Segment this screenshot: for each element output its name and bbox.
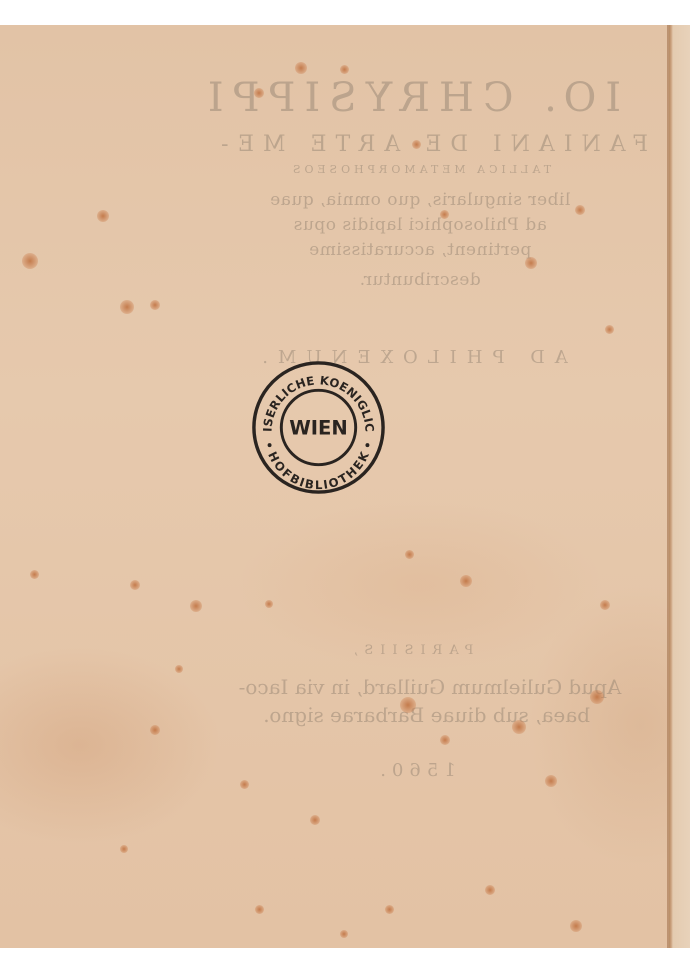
showthrough-imprint-line-1: Apud Gulielmum Guillard, in via Iaco- [210,675,650,699]
showthrough-title-line-3: TALLICA METAMORPHOSEOS [200,163,640,176]
svg-text:HOFBIBLIOTHEK: HOFBIBLIOTHEK [265,449,372,492]
showthrough-title-line-1: IO. CHRYSIPPI [145,75,675,121]
showthrough-place: PARISIIS, [320,643,500,658]
showthrough-year: 1560. [360,760,470,781]
adjacent-page-edge [669,25,690,948]
showthrough-imprint-line-2: baea, sub diuae Barbarae signo. [270,703,590,727]
stamp-center-text: WIEN [289,416,348,439]
library-stamp: KAISERLICHE KOENIGLICHE HOFBIBLIOTHEK WI… [250,359,387,496]
stamp-seal-icon: KAISERLICHE KOENIGLICHE HOFBIBLIOTHEK WI… [250,359,387,496]
showthrough-body-line-4: describuntur. [205,270,635,290]
scanned-page: IO. CHRYSIPPI FANIANI DE ARTE ME- TALLIC… [0,25,690,948]
showthrough-body-line-1: liber singularis, quo omnia, quae [205,190,635,210]
showthrough-title-line-2: FANIANI DE ARTE ME- [185,132,675,157]
showthrough-body-line-3: pertinent, accuratissime [205,240,635,260]
stamp-bottom-text: HOFBIBLIOTHEK [265,449,372,492]
showthrough-body-line-2: ad Philosophici lapidis opus [205,215,635,235]
